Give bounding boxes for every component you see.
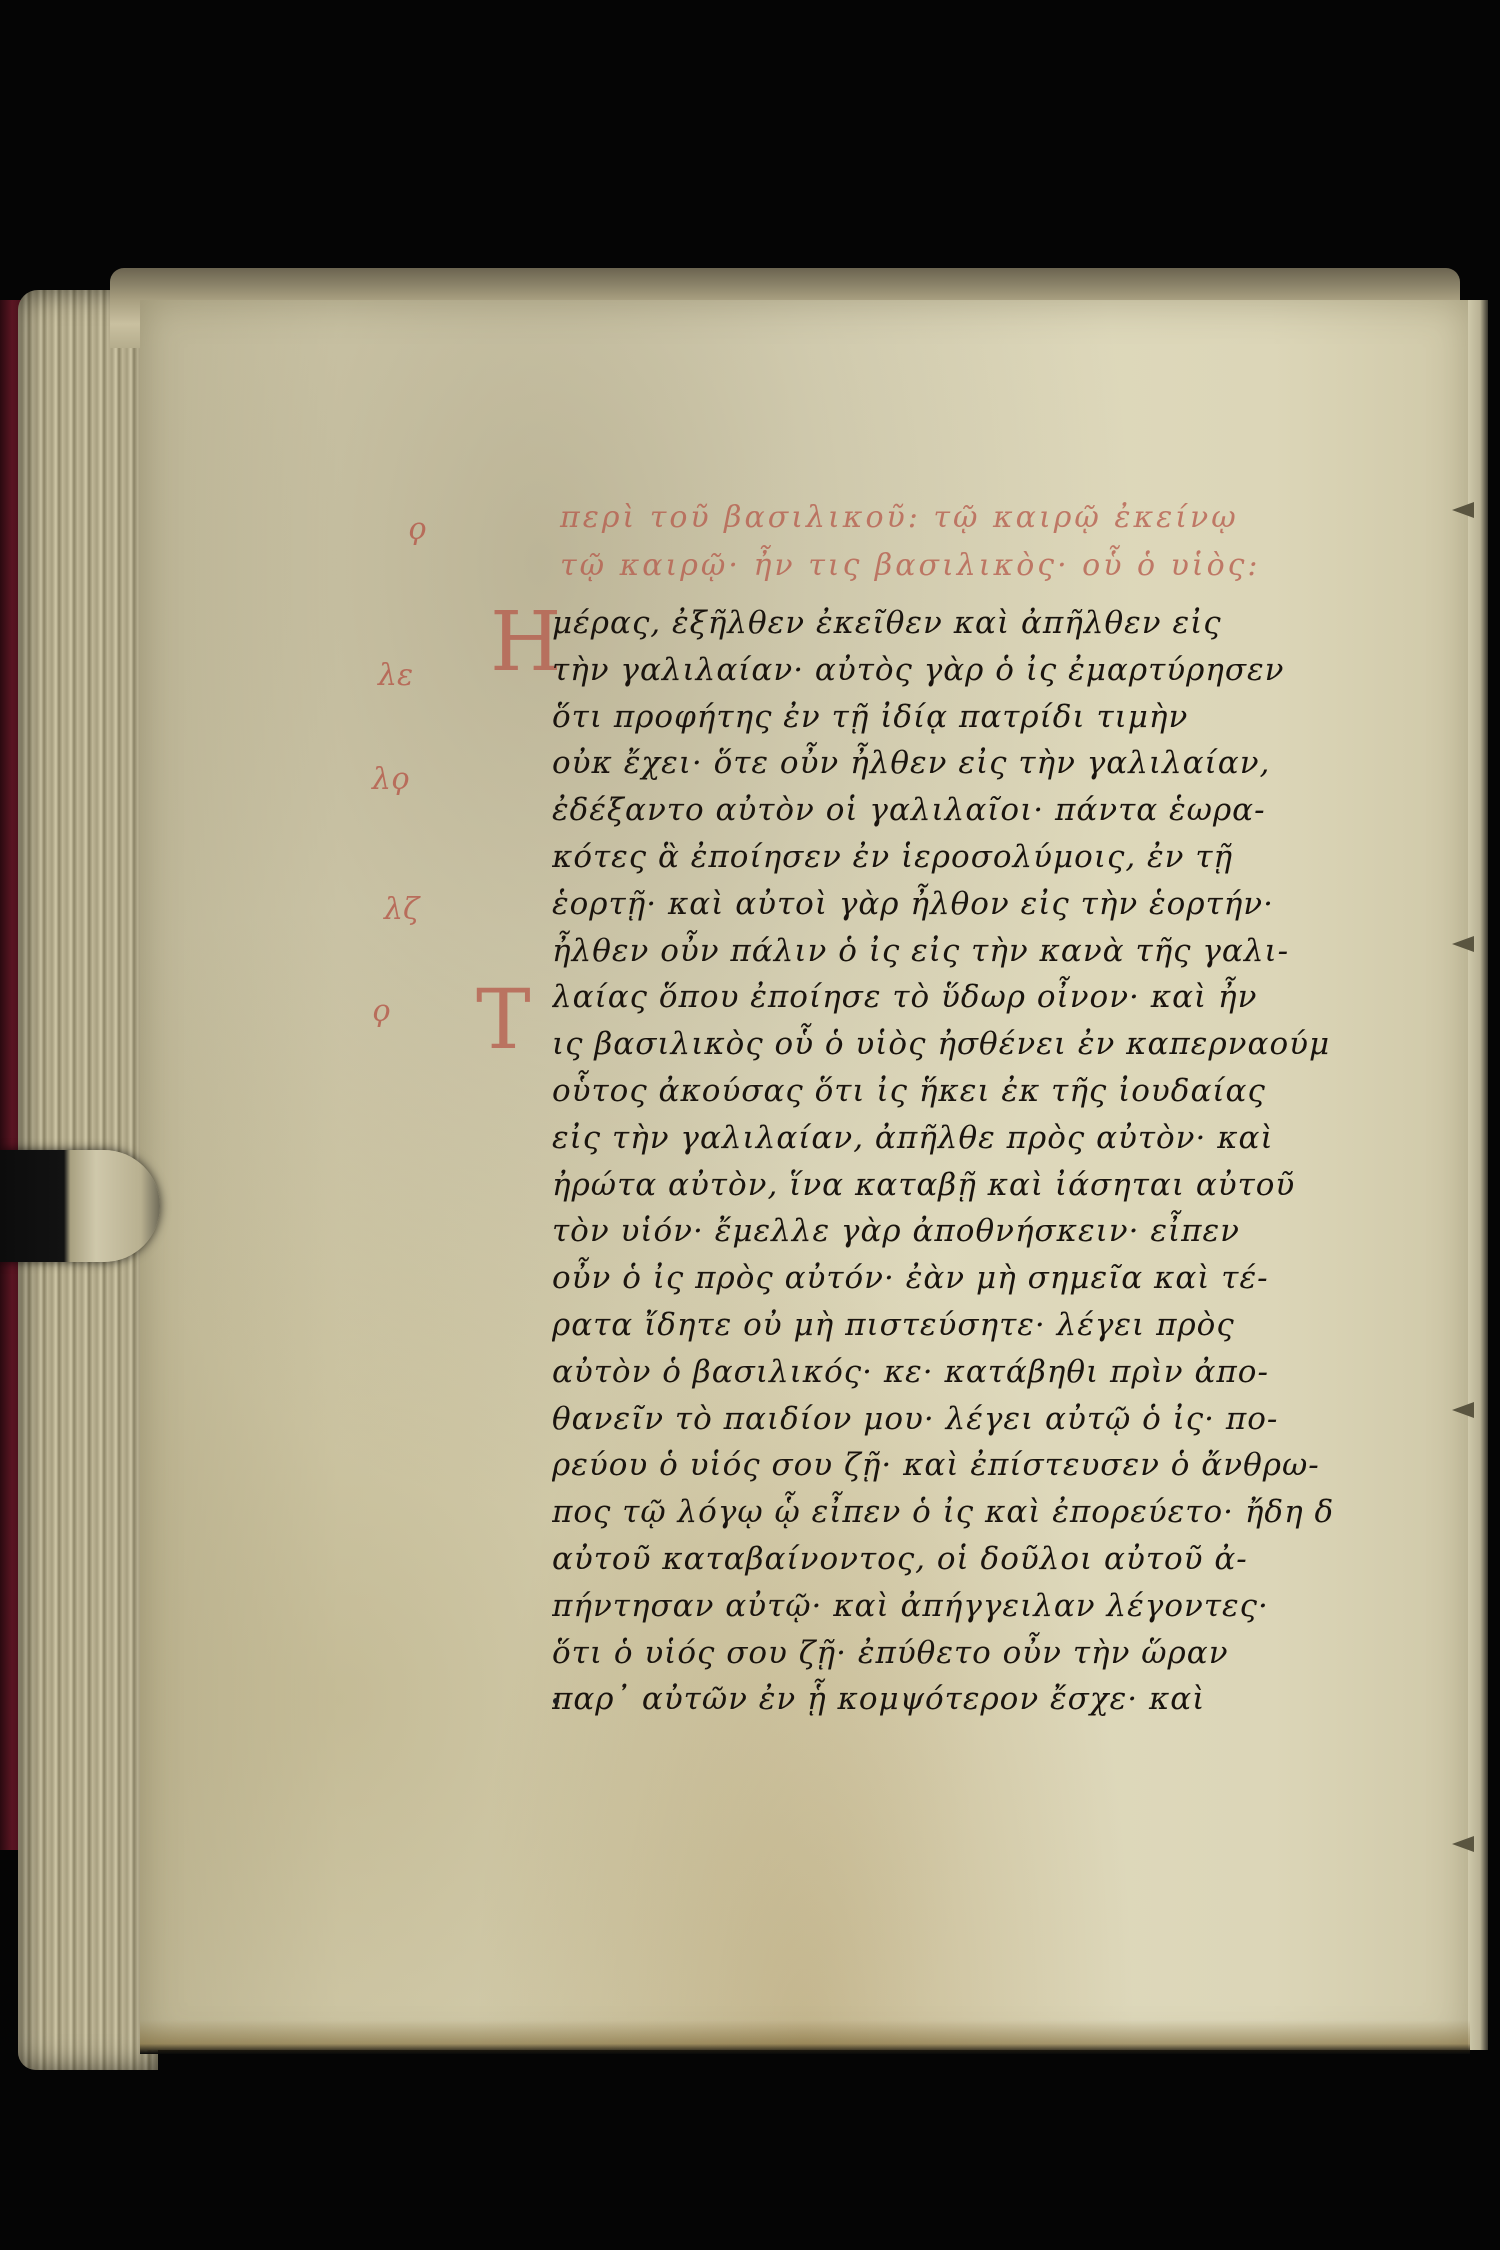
text-line: εἰς τὴν γαλιλαίαν, ἀπῆλθε πρὸς αὐτὸν· κα…: [552, 1115, 1332, 1162]
text-line: οὐκ ἔχει· ὅτε οὖν ἦλθεν εἰς τὴν γαλιλαία…: [552, 740, 1332, 787]
page-tear-mark: [1452, 1402, 1474, 1418]
page-tear-mark: [1452, 1836, 1474, 1852]
text-line: ρεύου ὁ υἱός σου ζῇ· καὶ ἐπίστευσεν ὁ ἄν…: [552, 1442, 1332, 1489]
text-line: αὐτοῦ καταβαίνοντος, οἱ δοῦλοι αὐτοῦ ἀ-: [552, 1536, 1332, 1583]
manuscript-text-block: μέρας, ἐξῆλθεν ἐκεῖθεν καὶ ἀπῆλθεν εἰς τ…: [552, 600, 1332, 1723]
text-line: ἑορτῇ· καὶ αὐτοὶ γὰρ ἦλθον εἰς τὴν ἑορτή…: [552, 881, 1332, 928]
margin-numeral: ϙ: [372, 994, 390, 1029]
text-line: οὖν ὁ ἰς πρὸς αὐτόν· ἐὰν μὴ σημεῖα καὶ τ…: [552, 1255, 1332, 1302]
rubric-heading-line-2: τῷ καιρῷ· ἦν τις βασιλικὸς· οὗ ὁ υἱὸς:: [560, 548, 1261, 583]
text-line: ἠρώτα αὐτὸν, ἵνα καταβῇ καὶ ἰάσηται αὐτο…: [552, 1162, 1332, 1209]
page-bottom-edge: [140, 2020, 1470, 2054]
text-line: κότες ἃ ἐποίησεν ἐν ἱεροσολύμοις, ἐν τῇ: [552, 834, 1332, 881]
text-line: πος τῷ λόγῳ ᾧ εἶπεν ὁ ἰς καὶ ἐπορεύετο· …: [552, 1489, 1332, 1536]
text-line: ἐδέξαντο αὐτὸν οἱ γαλιλαῖοι· πάντα ἑωρα-: [552, 787, 1332, 834]
text-line: ἦλθεν οὖν πάλιν ὁ ἰς εἰς τὴν κανὰ τῆς γα…: [552, 928, 1332, 975]
ink-dot: [553, 1698, 559, 1704]
rubric-heading-line-1: περὶ τοῦ βασιλικοῦ: τῷ καιρῷ ἐκείνῳ: [560, 500, 1239, 535]
text-line: λαίας ὅπου ἐποίησε τὸ ὕδωρ οἶνον· καὶ ἦν: [552, 974, 1332, 1021]
text-line: αὐτὸν ὁ βασιλικός· κε· κατάβηθι πρὶν ἀπο…: [552, 1349, 1332, 1396]
text-line: τὴν γαλιλαίαν· αὐτὸς γὰρ ὁ ἰς ἐμαρτύρησε…: [552, 647, 1332, 694]
page-tear-mark: [1452, 936, 1474, 952]
text-line: πήντησαν αὐτῷ· καὶ ἀπήγγειλαν λέγοντες·: [552, 1583, 1332, 1630]
margin-numeral: λε: [378, 658, 413, 693]
text-line: οὗτος ἀκούσας ὅτι ἰς ἥκει ἐκ τῆς ἰουδαία…: [552, 1068, 1332, 1115]
page-tear-mark: [1452, 502, 1474, 518]
text-line: ρατα ἴδητε οὐ μὴ πιστεύσητε· λέγει πρὸς: [552, 1302, 1332, 1349]
initial-tau: Τ: [476, 980, 531, 1062]
page-right-edge: [1468, 300, 1488, 2050]
text-line: μέρας, ἐξῆλθεν ἐκεῖθεν καὶ ἀπῆλθεν εἰς: [552, 600, 1332, 647]
text-line: παρ᾽ αὐτῶν ἐν ᾗ κομψότερον ἔσχε· καὶ: [552, 1676, 1332, 1723]
text-line: τὸν υἱόν· ἔμελλε γὰρ ἀποθνήσκειν· εἶπεν: [552, 1208, 1332, 1255]
text-line: θανεῖν τὸ παιδίον μου· λέγει αὐτῷ ὁ ἰς· …: [552, 1396, 1332, 1443]
text-line: ὅτι ὁ υἱός σου ζῇ· ἐπύθετο οὖν τὴν ὥραν: [552, 1630, 1332, 1677]
margin-numeral: λζ: [384, 892, 419, 927]
text-line: ις βασιλικὸς οὗ ὁ υἱὸς ἠσθένει ἐν καπερν…: [552, 1021, 1332, 1068]
holding-finger: [0, 1150, 160, 1262]
text-line: ὅτι προφήτης ἐν τῇ ἰδίᾳ πατρίδι τιμὴν: [552, 694, 1332, 741]
margin-numeral: λϙ: [372, 762, 409, 797]
initial-eta: Η: [490, 602, 562, 684]
margin-numeral: ϙ: [408, 512, 426, 547]
